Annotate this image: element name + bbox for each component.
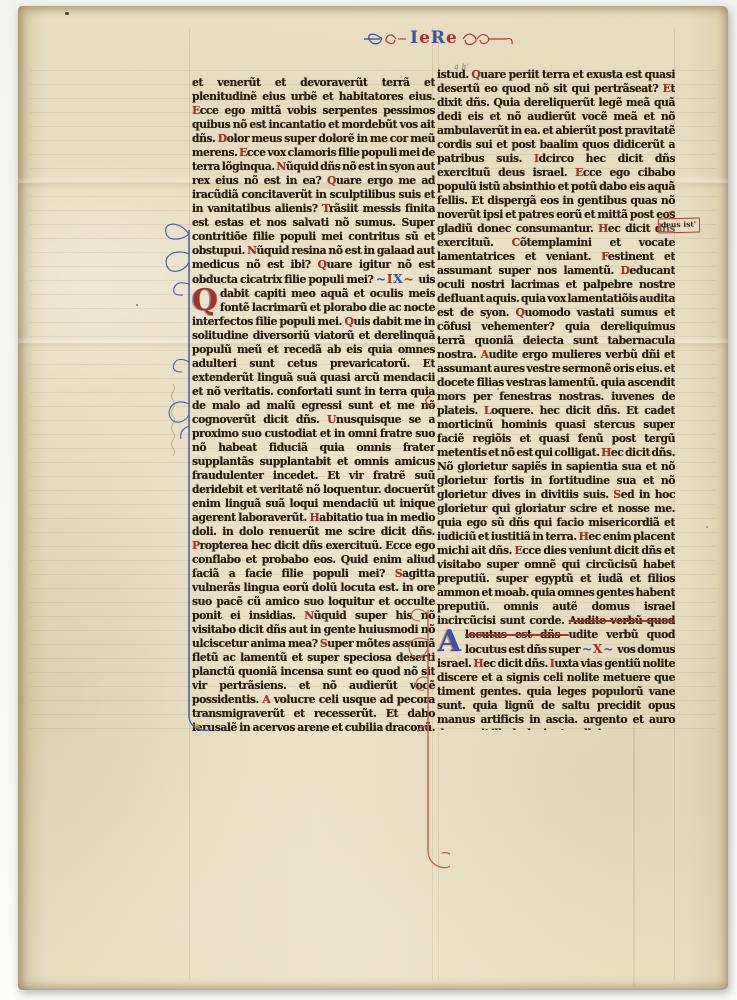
text-segment: A (481, 348, 489, 361)
text-segment: U (327, 413, 336, 426)
text-segment: S (395, 567, 402, 580)
text-segment: P (192, 539, 200, 552)
running-title: IeRe (348, 25, 528, 51)
text-segment: N (247, 244, 256, 257)
text-segment: N (276, 160, 285, 173)
manuscript-photo: { "colors": { "parchment": "#e9dfc4", "i… (0, 0, 737, 1000)
text-segment: N (304, 609, 313, 622)
drop-cap-initial: A (437, 629, 462, 656)
vertical-ruling-line (189, 28, 190, 980)
note-tick-icon (666, 210, 676, 217)
title-letter: R (431, 28, 446, 48)
text-column-right: istud. Quare periit terra et exusta est … (437, 68, 675, 730)
text-segment: uis dabit me in solitudine diversoriũ vi… (192, 315, 435, 426)
text-segment: E (239, 146, 247, 159)
speck (65, 12, 69, 15)
chapter-numeral: X (593, 641, 603, 656)
text-segment: T (322, 202, 329, 215)
text-segment: H (473, 657, 483, 670)
drop-cap-initial: Q (192, 288, 217, 315)
title-flourish-right-icon (460, 27, 514, 49)
chapter-numeral: ~ (376, 271, 387, 286)
parchment-leaf: IeRe q h' et venerũt et devoraverũt terr… (18, 6, 728, 990)
chapter-numeral: ~ (603, 641, 617, 656)
text-segment: istud. (437, 68, 471, 81)
text-segment: D (218, 132, 227, 145)
text-segment: S (613, 488, 620, 501)
text-segment: Q (471, 68, 480, 81)
text-segment: ec dicit dñs. (483, 657, 550, 670)
text-segment: E (192, 104, 200, 117)
text-segment: L (484, 404, 491, 417)
title-letter: e (419, 28, 431, 48)
paraph-mark-icon (422, 394, 434, 408)
text-segment: E (575, 166, 583, 179)
text-segment: C (512, 236, 520, 249)
text-segment: nusquisque se a proximo suo custodiat et… (192, 413, 435, 524)
text-segment: Q (516, 306, 525, 319)
text-segment: Q (318, 258, 327, 271)
text-segment: H (579, 530, 589, 543)
chapter-numeral: ~ (582, 641, 593, 656)
title-letter: I (410, 28, 419, 48)
chapter-numeral: X (393, 271, 403, 286)
text-segment: H (310, 511, 320, 524)
text-column-left: et venerũt et devoraverũt terrã et pleni… (192, 76, 435, 734)
speck (136, 304, 138, 306)
text-segment: et venerũt et devoraverũt terrã et pleni… (192, 76, 435, 103)
speck (706, 526, 708, 528)
marginal-note-text: deus ist' (661, 220, 696, 230)
title-flourish-left-icon (362, 27, 408, 49)
text-segment: H (598, 222, 608, 235)
title-letter: e (446, 28, 458, 48)
faint-marginal-note (168, 382, 178, 456)
text-segment: Q (327, 174, 336, 187)
running-title-letters: IeRe (410, 28, 458, 48)
marginal-note-box: deus ist' (658, 217, 700, 233)
text-segment: F (601, 250, 608, 263)
text-segment: H (601, 446, 611, 459)
chapter-numeral: ~ (403, 271, 418, 286)
